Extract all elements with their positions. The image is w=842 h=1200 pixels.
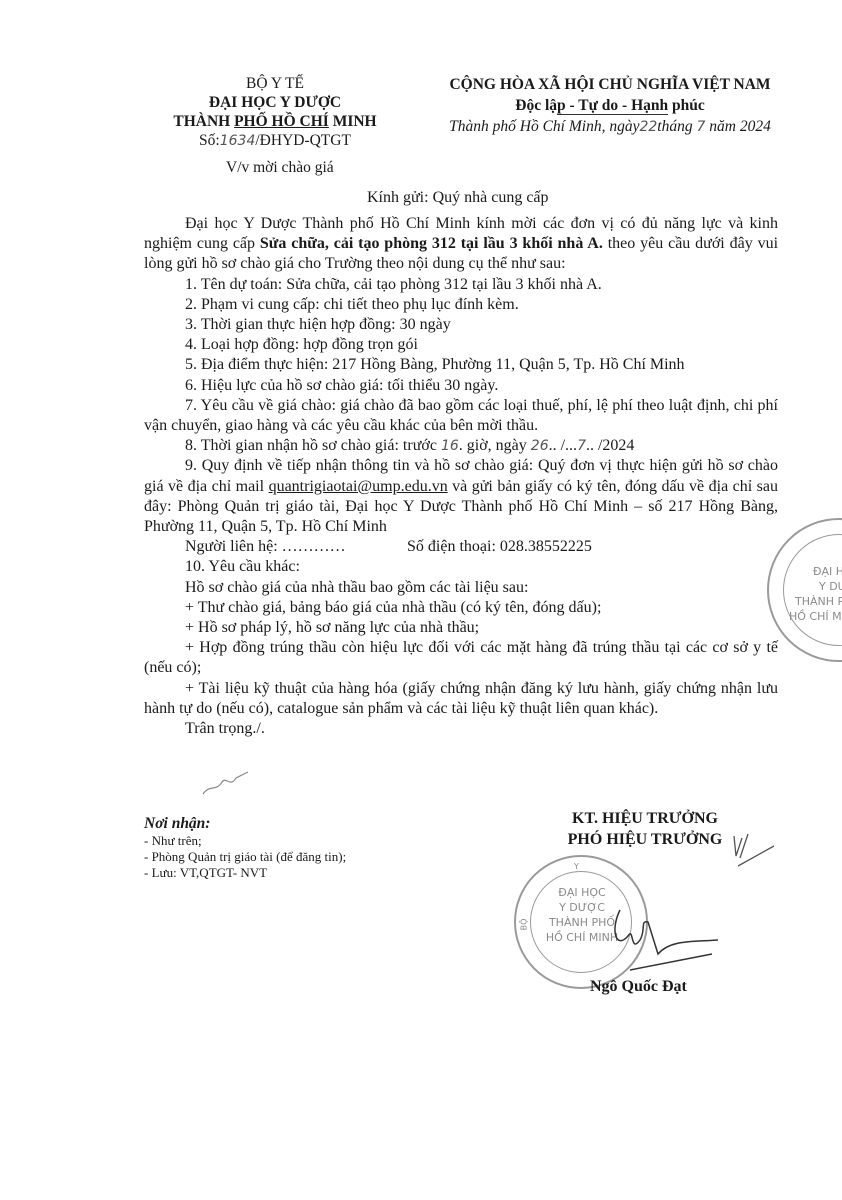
deadline-mid: . giờ, ngày [459, 437, 531, 454]
national-motto: Độc lập - Tự do - Hạnh phúc [425, 95, 795, 116]
page-seal-line: HỒ CHÍ MINH [789, 609, 842, 624]
other-requirements-intro: Hồ sơ chào giá của nhà thầu bao gồm các … [144, 578, 778, 598]
signer-name: Ngô Quốc Đạt [590, 978, 687, 996]
uni-line2-suffix: MINH [329, 113, 377, 130]
date-year: năm 2024 [709, 118, 771, 135]
document-list-item: + Hồ sơ pháp lý, hồ sơ năng lực của nhà … [144, 618, 778, 638]
list-item-submission: 9. Quy định về tiếp nhận thông tin và hồ… [144, 456, 778, 537]
uni-line2-prefix: THÀNH [173, 113, 234, 130]
stamp-side-text: BỘ [516, 919, 531, 931]
university-name-line1: ĐẠI HỌC Y DƯỢC [150, 93, 400, 112]
list-item: 5. Địa điểm thực hiện: 217 Hồng Bàng, Ph… [144, 355, 778, 375]
contact-row: Người liên hệ: ………… Số điện thoại: 028.3… [144, 537, 778, 557]
list-item: 1. Tên dự toán: Sửa chữa, cải tạo phòng … [144, 275, 778, 295]
national-header: CỘNG HÒA XÃ HỘI CHỦ NGHĨA VIỆT NAM Độc l… [425, 74, 795, 116]
contact-phone: Số điện thoại: 028.38552225 [407, 537, 592, 557]
ministry-name: BỘ Y TẾ [150, 74, 400, 93]
stamp-top-text: Y [574, 859, 579, 874]
deadline-pre: 8. Thời gian nhận hồ sơ chào giá: trước [185, 437, 441, 454]
intro-paragraph: Đại học Y Dược Thành phố Hồ Chí Minh kín… [144, 214, 778, 275]
document-list-item: + Tài liệu kỹ thuật của hàng hóa (giấy c… [144, 679, 778, 719]
recipient-item: - Lưu: VT,QTGT- NVT [144, 865, 346, 881]
nation-name: CỘNG HÒA XÃ HỘI CHỦ NGHĨA VIỆT NAM [425, 74, 795, 95]
deadline-sep: .. /... [549, 437, 577, 454]
initial-check-icon [728, 832, 778, 872]
closing: Trân trọng./. [144, 719, 778, 739]
date-prefix: Thành phố Hồ Chí Minh, ngày [449, 118, 639, 135]
date-month-label: tháng [657, 118, 692, 135]
date-line: Thành phố Hồ Chí Minh, ngày22tháng 7 năm… [425, 118, 795, 136]
letter-body: Đại học Y Dược Thành phố Hồ Chí Minh kín… [144, 214, 778, 739]
motto-pre: Độc lậ [515, 97, 557, 114]
page-seal-line: Y DƯỢC [789, 579, 842, 594]
contact-person: Người liên hệ: ………… [185, 537, 407, 557]
document-list-item: + Hợp đồng trúng thầu còn hiệu lực đối v… [144, 638, 778, 678]
university-name-line2: THÀNH PHỐ HỒ CHÍ MINH [150, 112, 400, 131]
list-item-deadline: 8. Thời gian nhận hồ sơ chào giá: trước … [144, 436, 778, 456]
email-link[interactable]: quantrigiaotai@ump.edu.vn [269, 478, 448, 495]
subject-line: V/v mời chào giá [226, 159, 334, 177]
recipients-block: Nơi nhận: - Như trên; - Phòng Quản trị g… [144, 815, 346, 881]
page-seal-line: THÀNH PHỐ [789, 594, 842, 609]
number-handwritten: 1634 [220, 133, 256, 149]
salutation: Kính gửi: Quý nhà cung cấp [367, 189, 549, 207]
other-requirements-title: 10. Yêu cầu khác: [144, 557, 778, 577]
deadline-day: 26 [531, 438, 549, 454]
signature-block: KT. HIỆU TRƯỞNG PHÓ HIỆU TRƯỞNG [540, 808, 750, 850]
signature-icon [600, 880, 720, 980]
issuer-header: BỘ Y TẾ ĐẠI HỌC Y DƯỢC THÀNH PHỐ HỒ CHÍ … [150, 74, 400, 151]
document-number: Số:1634/ĐHYD-QTGT [150, 131, 400, 151]
initial-mark-icon [200, 770, 250, 800]
uni-line2-underlined: PHỐ HỒ CHÍ [234, 113, 329, 130]
number-suffix: /ĐHYD-QTGT [255, 132, 351, 149]
page-seal-stamp: ĐẠI HỌC Y DƯỢC THÀNH PHỐ HỒ CHÍ MINH [767, 518, 842, 662]
list-item: 7. Yêu cầu về giá chào: giá chào đã bao … [144, 396, 778, 436]
date-day-handwritten: 22 [639, 119, 657, 135]
list-item: 3. Thời gian thực hiện hợp đồng: 30 ngày [144, 315, 778, 335]
deadline-year: .. /2024 [586, 437, 634, 454]
number-label: Số: [199, 132, 220, 149]
signature-title-1: KT. HIỆU TRƯỞNG [540, 808, 750, 829]
list-item: 4. Loại hợp đồng: hợp đồng trọn gói [144, 335, 778, 355]
document-list-item: + Thư chào giá, bảng báo giá của nhà thầ… [144, 598, 778, 618]
intro-project-name: Sửa chữa, cải tạo phòng 312 tại lầu 3 kh… [260, 235, 603, 252]
date-month-handwritten: 7 [696, 119, 705, 135]
deadline-month: 7 [577, 438, 586, 454]
motto-underlined: p - Tự do - Hạnh [557, 97, 668, 115]
recipient-item: - Phòng Quản trị giáo tài (để đăng tin); [144, 849, 346, 865]
motto-post: phúc [668, 97, 705, 114]
list-item: 6. Hiệu lực của hồ sơ chào giá: tối thiể… [144, 376, 778, 396]
page-seal-text: ĐẠI HỌC Y DƯỢC THÀNH PHỐ HỒ CHÍ MINH [789, 564, 842, 624]
list-item: 2. Phạm vi cung cấp: chi tiết theo phụ l… [144, 295, 778, 315]
recipient-item: - Như trên; [144, 833, 346, 849]
signature-title-2: PHÓ HIỆU TRƯỞNG [540, 829, 750, 850]
deadline-hour: 16 [441, 438, 459, 454]
page-seal-line: ĐẠI HỌC [789, 564, 842, 579]
recipients-title: Nơi nhận: [144, 815, 346, 833]
